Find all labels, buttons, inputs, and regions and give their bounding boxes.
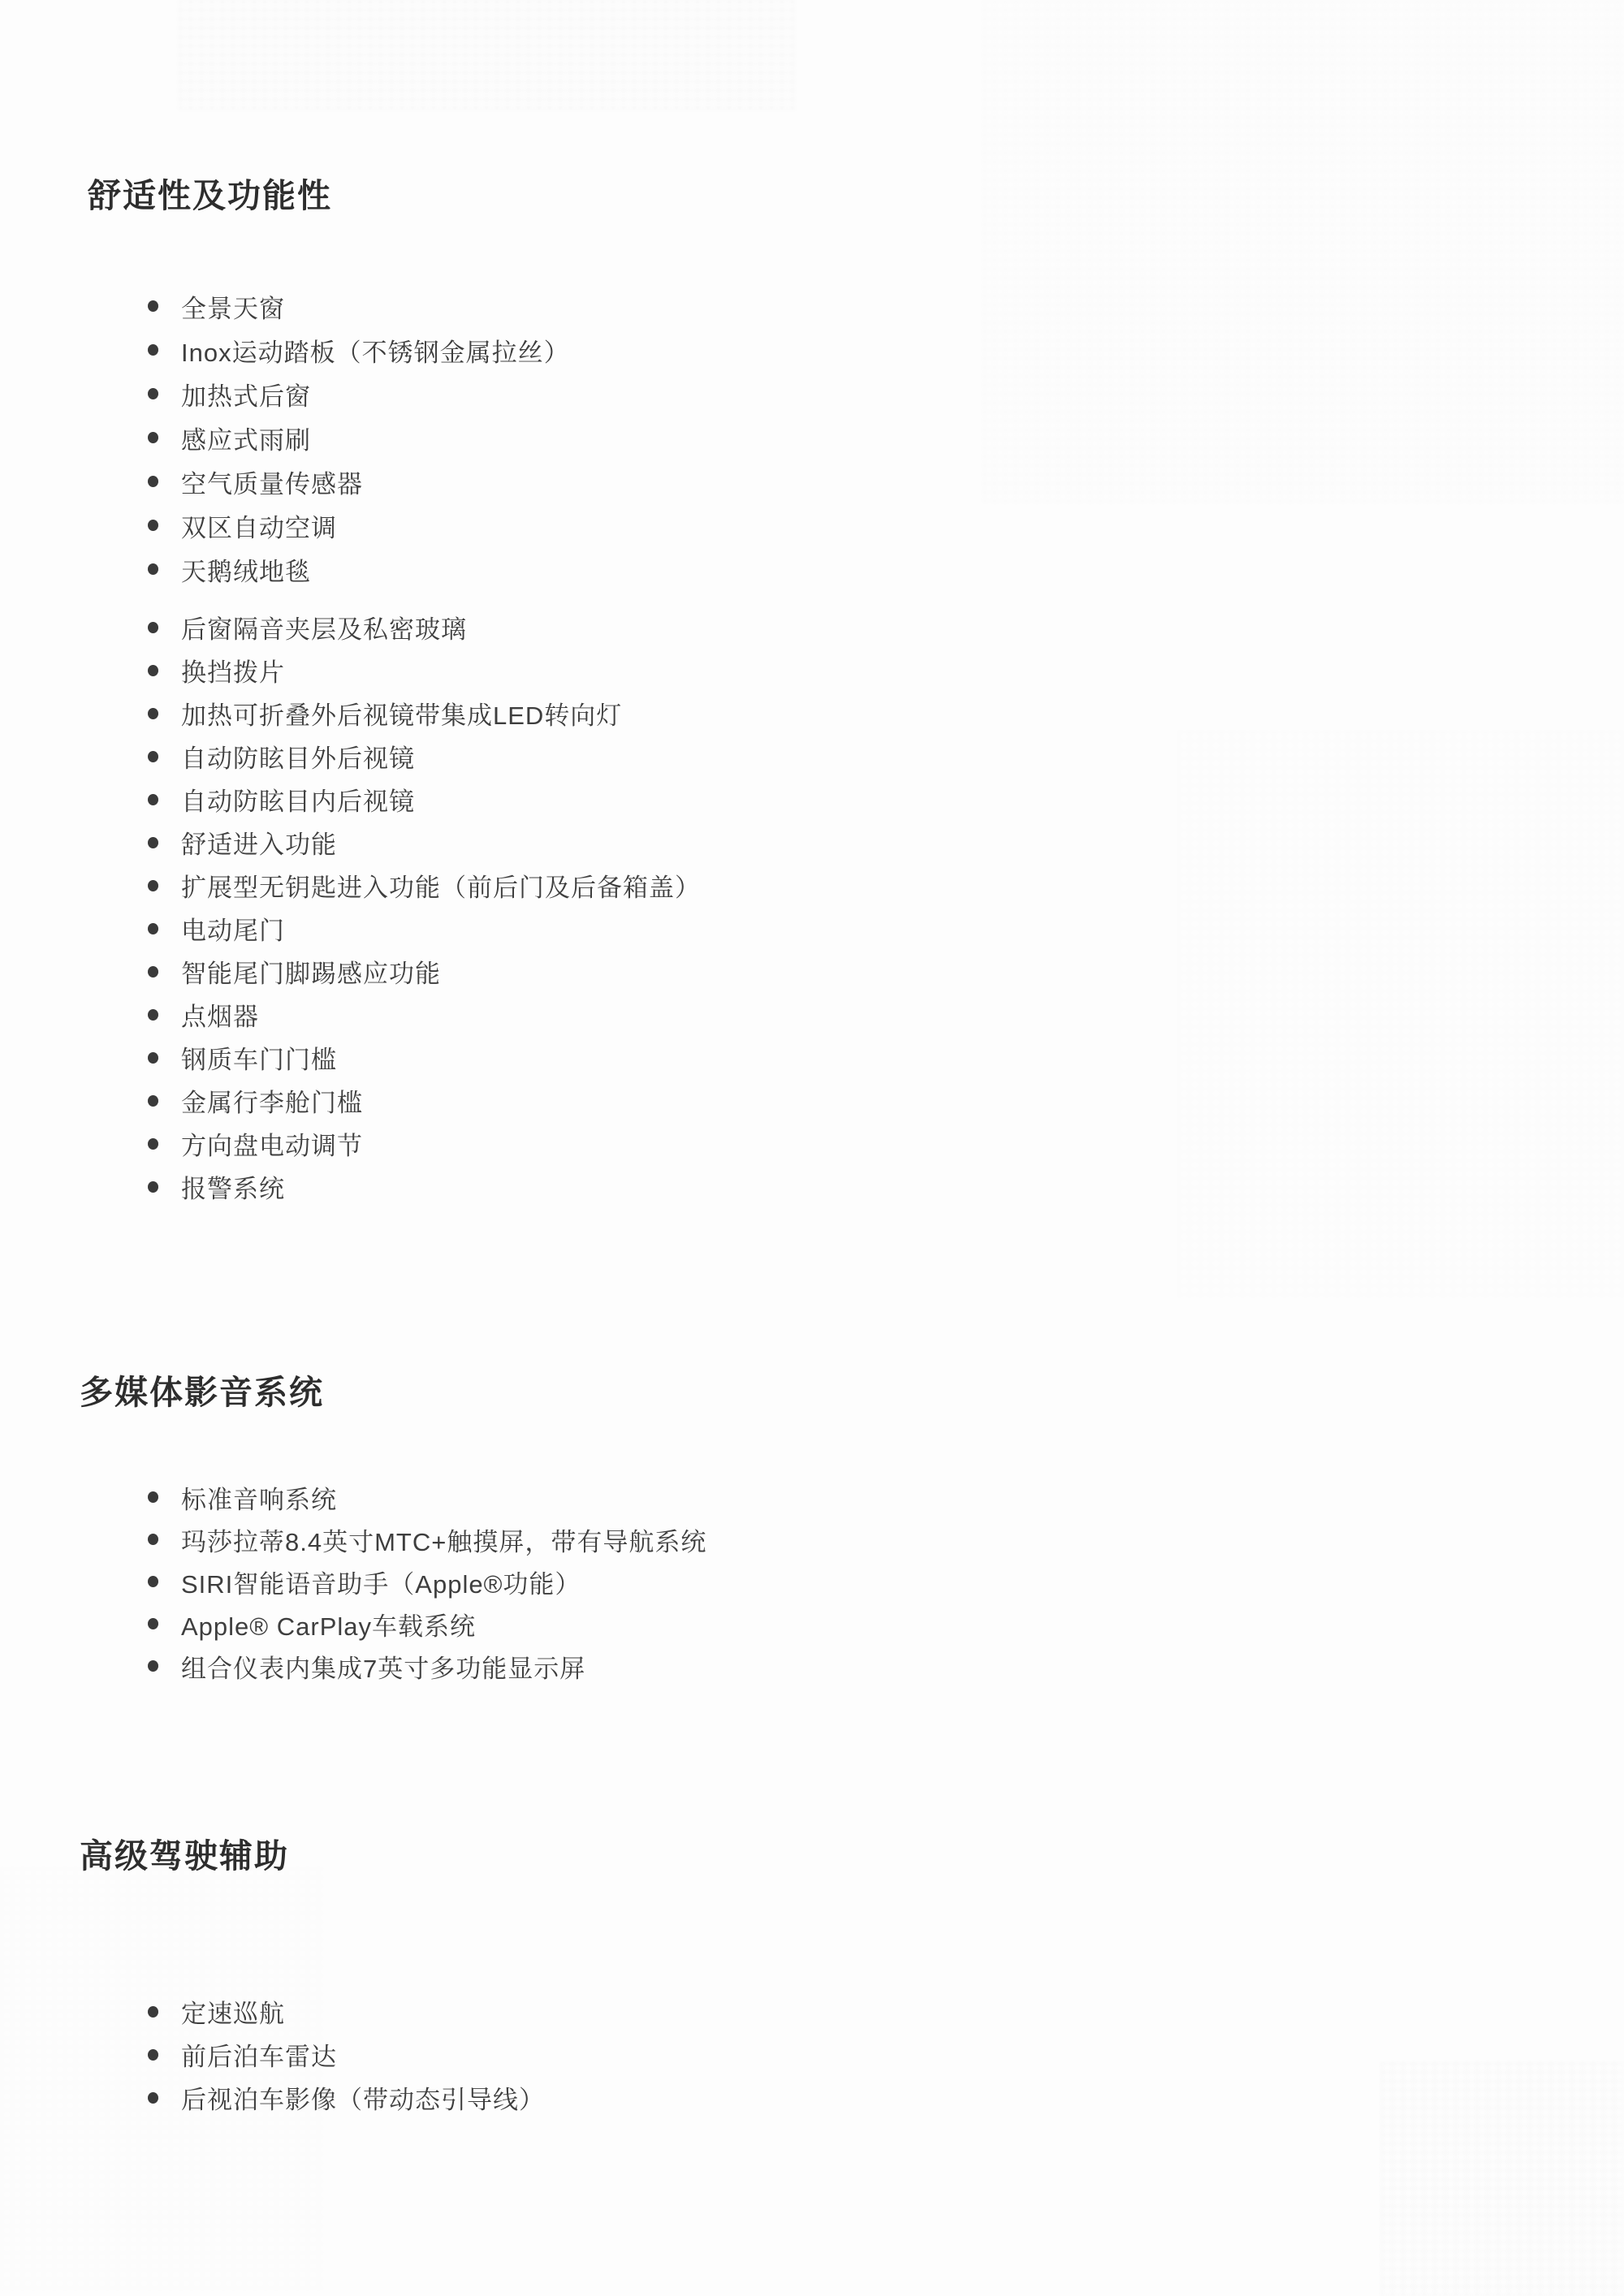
list-item: 扩展型无钥匙进入功能（前后门及后备箱盖）: [148, 864, 701, 907]
bullet-icon: [148, 708, 158, 719]
feature-list-driver-assistance: 定速巡航前后泊车雷达后视泊车影像（带动态引导线）: [148, 1990, 545, 2119]
bullet-icon: [148, 1052, 158, 1064]
scan-showthrough-artifact: [983, 0, 1624, 503]
list-item-label: 空气质量传感器: [181, 464, 363, 500]
list-item: 电动尾门: [148, 907, 701, 950]
list-item-label: 后窗隔音夹层及私密玻璃: [181, 609, 467, 645]
list-item-label: 钢质车门门槛: [181, 1039, 337, 1076]
list-item-label: 舒适进入功能: [181, 824, 337, 861]
list-item-label: 自动防眩目内后视镜: [181, 781, 415, 818]
feature-list-comfort-group-1: 全景天窗Inox运动踏板（不锈钢金属拉丝）加热式后窗感应式雨刷空气质量传感器双区…: [148, 284, 570, 591]
section-title-multimedia-system: 多媒体影音系统: [80, 1375, 324, 1411]
bullet-icon: [148, 1618, 158, 1629]
list-item-label: 标准音响系统: [181, 1479, 337, 1516]
bullet-icon: [148, 665, 158, 676]
list-item-label: 金属行李舱门槛: [181, 1082, 363, 1119]
bullet-icon: [148, 880, 158, 891]
list-item-label: 玛莎拉蒂8.4英寸MTC+触摸屏，带有导航系统: [181, 1521, 706, 1558]
list-item: 报警系统: [148, 1165, 701, 1208]
list-item-label: 全景天窗: [181, 288, 285, 325]
list-item: 空气质量传感器: [148, 460, 570, 503]
bullet-icon: [148, 476, 158, 487]
bullet-icon: [148, 1095, 158, 1107]
list-item-label: SIRI智能语音助手（Apple®功能）: [181, 1564, 581, 1600]
bullet-icon: [148, 2049, 158, 2061]
list-item: 全景天窗: [148, 284, 570, 328]
list-item: 钢质车门门槛: [148, 1036, 701, 1079]
bullet-icon: [148, 2092, 158, 2104]
list-item: 加热式后窗: [148, 372, 570, 416]
list-item: 自动防眩目外后视镜: [148, 735, 701, 778]
list-item-label: 方向盘电动调节: [181, 1125, 363, 1162]
list-item-label: 前后泊车雷达: [181, 2036, 337, 2073]
list-item: 金属行李舱门槛: [148, 1079, 701, 1122]
list-item: 组合仪表内集成7英寸多功能显示屏: [148, 1645, 706, 1687]
list-item-label: Apple® CarPlay车载系统: [181, 1606, 476, 1642]
bullet-icon: [148, 344, 158, 356]
list-item: 标准音响系统: [148, 1476, 706, 1518]
list-item: 舒适进入功能: [148, 821, 701, 864]
list-item: 后视泊车影像（带动态引导线）: [148, 2076, 545, 2119]
bullet-icon: [148, 837, 158, 848]
list-item-label: 感应式雨刷: [181, 420, 311, 456]
bullet-icon: [148, 966, 158, 978]
list-item-label: Inox运动踏板（不锈钢金属拉丝）: [181, 332, 570, 369]
list-item: 双区自动空调: [148, 503, 570, 547]
bullet-icon: [148, 1181, 158, 1193]
list-item-label: 加热可折叠外后视镜带集成LED转向灯: [181, 695, 622, 732]
bullet-icon: [148, 300, 158, 312]
bullet-icon: [148, 1491, 158, 1503]
list-item: 自动防眩目内后视镜: [148, 778, 701, 821]
list-item: 方向盘电动调节: [148, 1122, 701, 1165]
list-item-label: 天鹅绒地毯: [181, 551, 311, 588]
bullet-icon: [148, 388, 158, 399]
scan-showthrough-artifact: [179, 0, 796, 110]
bullet-icon: [148, 1534, 158, 1545]
list-item-label: 报警系统: [181, 1168, 285, 1205]
list-item: 换挡拨片: [148, 649, 701, 692]
bullet-icon: [148, 794, 158, 805]
list-item-label: 换挡拨片: [181, 652, 285, 688]
list-item: 玛莎拉蒂8.4英寸MTC+触摸屏，带有导航系统: [148, 1518, 706, 1560]
bullet-icon: [148, 1009, 158, 1021]
list-item: 定速巡航: [148, 1990, 545, 2033]
list-item: 智能尾门脚踢感应功能: [148, 950, 701, 993]
list-item-label: 组合仪表内集成7英寸多功能显示屏: [181, 1648, 585, 1685]
bullet-icon: [148, 1576, 158, 1587]
bullet-icon: [148, 432, 158, 443]
list-item: SIRI智能语音助手（Apple®功能）: [148, 1560, 706, 1603]
bullet-icon: [148, 520, 158, 531]
bullet-icon: [148, 1138, 158, 1150]
bullet-icon: [148, 563, 158, 575]
section-title-comfort-functionality: 舒适性及功能性: [88, 178, 332, 214]
list-item: 加热可折叠外后视镜带集成LED转向灯: [148, 692, 701, 735]
bullet-icon: [148, 622, 158, 633]
list-item-label: 自动防眩目外后视镜: [181, 738, 415, 775]
list-item-label: 电动尾门: [181, 910, 285, 947]
list-item: 感应式雨刷: [148, 416, 570, 460]
list-item: 后窗隔音夹层及私密玻璃: [148, 606, 701, 649]
bullet-icon: [148, 751, 158, 762]
list-item: Inox运动踏板（不锈钢金属拉丝）: [148, 328, 570, 372]
list-item-label: 加热式后窗: [181, 376, 311, 412]
document-page: 舒适性及功能性 全景天窗Inox运动踏板（不锈钢金属拉丝）加热式后窗感应式雨刷空…: [0, 0, 1624, 2296]
scan-showthrough-artifact: [1177, 731, 1624, 1299]
list-item: 天鹅绒地毯: [148, 547, 570, 591]
list-item-label: 扩展型无钥匙进入功能（前后门及后备箱盖）: [181, 867, 701, 904]
feature-list-comfort-group-2: 后窗隔音夹层及私密玻璃换挡拨片加热可折叠外后视镜带集成LED转向灯自动防眩目外后…: [148, 606, 701, 1208]
scan-showthrough-artifact: [1380, 2062, 1624, 2296]
list-item-label: 智能尾门脚踢感应功能: [181, 953, 441, 990]
bullet-icon: [148, 2006, 158, 2018]
list-item: 前后泊车雷达: [148, 2033, 545, 2076]
feature-list-multimedia: 标准音响系统玛莎拉蒂8.4英寸MTC+触摸屏，带有导航系统SIRI智能语音助手（…: [148, 1476, 706, 1687]
bullet-icon: [148, 923, 158, 934]
bullet-icon: [148, 1660, 158, 1672]
list-item-label: 点烟器: [181, 996, 259, 1033]
list-item-label: 定速巡航: [181, 1993, 285, 2030]
list-item: 点烟器: [148, 993, 701, 1036]
list-item: Apple® CarPlay车载系统: [148, 1603, 706, 1645]
list-item-label: 后视泊车影像（带动态引导线）: [181, 2079, 545, 2116]
section-title-advanced-driver-assistance: 高级驾驶辅助: [80, 1838, 289, 1875]
list-item-label: 双区自动空调: [181, 507, 337, 544]
